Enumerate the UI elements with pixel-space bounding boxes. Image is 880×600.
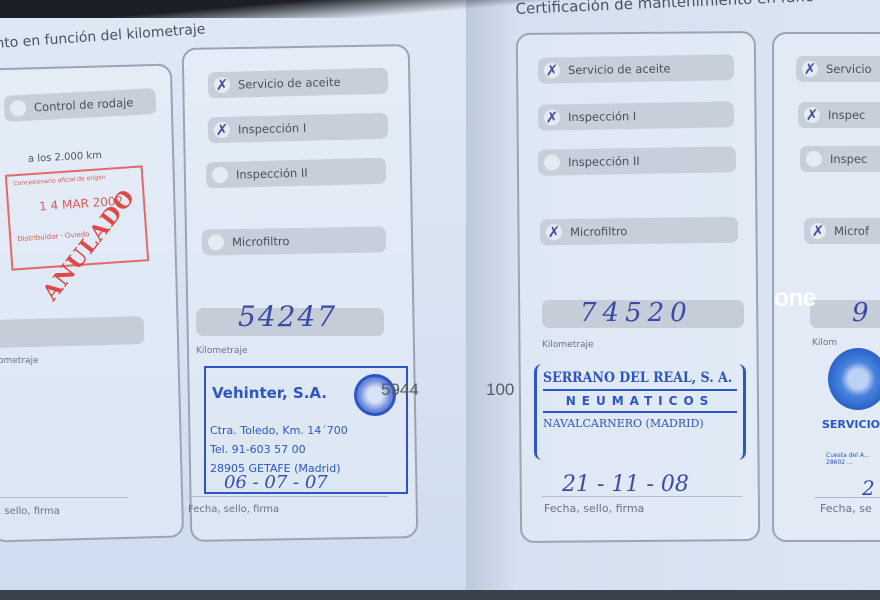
row-label: Inspec [828,108,865,122]
row-label: Servicio de aceite [568,61,671,77]
checklist-row: ✗ Servicio de aceite [538,54,734,83]
checkbox-empty-icon [208,234,224,250]
checkbox-checked-icon: ✗ [810,223,826,239]
checkbox-empty-icon [806,151,822,167]
checklist-row: ✗ Servicio de aceite [208,68,389,99]
checkbox-empty-icon [544,154,560,170]
row-label: Microfiltro [232,234,290,249]
odometer-value: 54247 [238,300,337,333]
checklist-row: ✗ Inspección I [208,113,389,144]
stamp-company: SERRANO DEL REAL, S. A. [543,370,723,386]
odometer-value: 9 [852,298,869,328]
checklist-row: ✗ Inspección I [538,101,734,130]
overlay-number-left: 5944 [381,380,419,400]
checkbox-empty-icon [10,100,27,117]
service-date: 21 - 11 - 08 [562,472,689,497]
km-label: Kilometraje [542,340,594,350]
checklist-row: Inspección II [206,158,387,189]
odometer-value: 74520 [580,298,693,328]
row-label: Microf [834,224,869,238]
overlay-number-right: 100 [486,380,514,400]
checklist-row: ✗ Inspec [798,102,880,128]
row-label: Inspección I [568,109,636,124]
checkbox-checked-icon: ✗ [544,109,560,125]
signature-line [188,496,388,497]
checkbox-checked-icon: ✗ [804,107,820,123]
checklist-row: ✗ Servicio [796,56,880,82]
checklist-row: Microfiltro [202,226,386,255]
stamp-address: Ctra. Toledo, Km. 14´700 [210,424,406,437]
service-date: 06 - 07 - 07 [224,472,328,493]
checkbox-checked-icon: ✗ [546,224,562,240]
row-label: Servicio de aceite [238,75,341,92]
checklist-row: ✗ Microfiltro [540,217,738,246]
checklist-row: Inspección II [538,146,736,175]
watermark-logo: one [774,284,815,313]
footer-label: Fecha, sello, firma [188,504,279,515]
stamp-text: SERVICIO [822,418,880,431]
km-label: ometraje [0,356,39,366]
stamp-small-text: Cuesta del A... 28602 ... [826,452,880,466]
service-card-1 [0,64,184,543]
footer-label: Fecha, se [820,502,872,515]
checkbox-checked-icon: ✗ [544,62,560,78]
footer-label: Fecha, sello, firma [544,502,644,515]
km-label: Kilometraje [196,346,248,356]
row-label: Control de rodaje [34,95,134,114]
checklist-row: Inspec [800,146,880,172]
stamp-line3: NAVALCARNERO (MADRID) [543,417,743,430]
odometer-field [810,300,880,328]
stamp-line2: NEUMATICOS [537,394,743,408]
top-shadow [0,0,560,18]
row-label: Inspección II [568,154,640,169]
signature-line [542,496,742,497]
bottom-shadow [0,590,880,600]
footer-label: , sello, firma [0,506,60,517]
km-label: Kilom [812,338,837,348]
row-label: Inspección II [236,166,308,182]
row-label: Microfiltro [570,224,628,239]
odometer-field [0,316,144,348]
checklist-row: ✗ Microf [804,218,880,244]
tire-logo-icon [828,348,880,410]
row-label: Inspección I [238,121,307,137]
signature-line [814,497,880,498]
checkbox-checked-icon: ✗ [802,61,818,77]
checkbox-checked-icon: ✗ [214,122,230,138]
checkbox-empty-icon [212,167,228,183]
row-label: Servicio [826,62,872,76]
signature-line [0,497,128,498]
dealer-stamp: SERRANO DEL REAL, S. A. NEUMATICOS NAVAL… [534,364,746,460]
row-label: Inspec [830,152,867,166]
stamp-phone: Tel. 91-603 57 00 [210,443,406,456]
checkbox-checked-icon: ✗ [214,77,230,93]
stamp-top-text: Concesionario oficial de origen [13,172,135,187]
